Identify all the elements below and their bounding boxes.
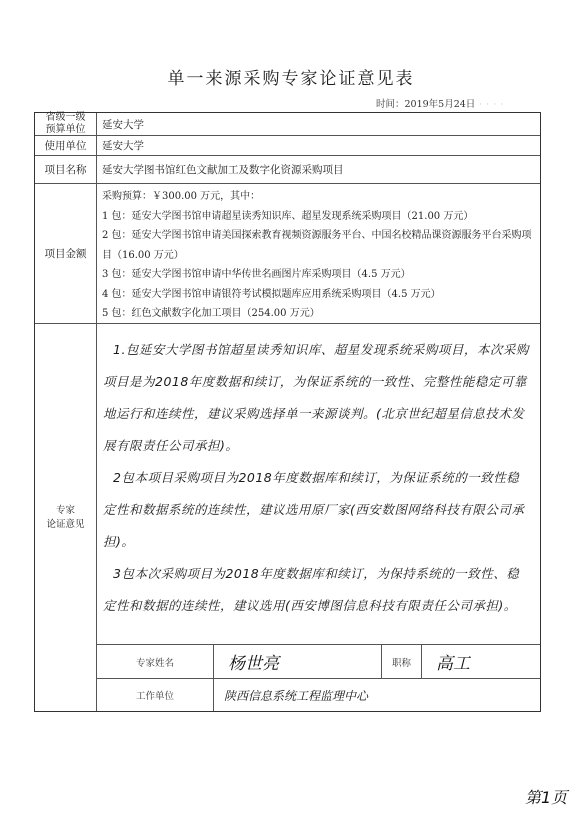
opinion-paragraph-1: 1.包延安大学图书馆超星读秀知识库、超星发现系统采购项目，本次采购项目是为201…	[103, 334, 532, 462]
opinion-paragraph-2: 2包本项目采购项目为2018年度数据库和续订，为保证系统的一致性稳定性和数据系统…	[103, 462, 532, 558]
row-project-amount: 项目金额 采购预算：￥300.00 万元，其中： 1 包：延安大学图书馆申请超星…	[35, 184, 540, 324]
value-using-unit: 延安大学	[97, 136, 540, 155]
label-work-unit: 工作单位	[97, 679, 214, 711]
value-budget-unit: 延安大学	[97, 113, 540, 135]
amount-package-1: 1 包：延安大学图书馆申请超星读秀知识库、超星发现系统采购项目（21.00 万元…	[102, 207, 534, 227]
label-using-unit: 使用单位	[35, 136, 97, 155]
amount-package-3: 3 包：延安大学图书馆申请中华传世名画图片库采购项目（4.5 万元）	[102, 265, 534, 285]
date-text: 时间：2019年5月24日	[376, 99, 475, 110]
row-using-unit: 使用单位 延安大学	[35, 136, 540, 156]
amount-package-2: 2 包：延安大学图书馆申请美国探索教育视频资源服务平台、中国名校精品课资源服务平…	[102, 226, 534, 265]
label-expert-name: 专家姓名	[97, 645, 214, 678]
date-line: 时间：2019年5月24日· · · ·	[376, 96, 504, 110]
expert-title-value: 高工	[422, 645, 540, 678]
expert-name-signature: 杨世亮	[214, 645, 382, 678]
row-project-name: 项目名称 延安大学图书馆红色文献加工及数字化资源采购项目	[35, 156, 540, 184]
amount-details: 采购预算：￥300.00 万元，其中： 1 包：延安大学图书馆申请超星读秀知识库…	[102, 187, 534, 324]
value-project-name: 延安大学图书馆红色文献加工及数字化资源采购项目	[97, 156, 540, 183]
amount-total: 采购预算：￥300.00 万元，其中：	[102, 187, 534, 207]
handwritten-opinion: 1.包延安大学图书馆超星读秀知识库、超星发现系统采购项目，本次采购项目是为201…	[103, 334, 532, 622]
work-unit-value: 陕西信息系统工程监理中心	[214, 679, 540, 711]
label-expert-opinion: 专家 论证意见	[35, 324, 97, 711]
amount-package-5: 5 包：红色文献数字化加工项目（254.00 万元）	[102, 304, 534, 324]
label-budget-unit: 省级一级 预算单位	[35, 113, 97, 135]
expert-unit-row: 工作单位 陕西信息系统工程监理中心	[97, 678, 540, 711]
date-trailing-marks: · · · ·	[479, 100, 504, 109]
opinion-paragraph-3: 3包本次采购项目为2018年度数据库和续订，为保持系统的一致性、稳定性和数据的连…	[103, 558, 532, 622]
label-project-name: 项目名称	[35, 156, 97, 183]
label-project-amount: 项目金额	[35, 184, 97, 323]
document-title: 单一来源采购专家论证意见表	[0, 64, 582, 89]
expert-name-row: 专家姓名 杨世亮 职称 高工	[97, 644, 540, 678]
page-number-handwritten: 第1页	[525, 785, 567, 808]
label-expert-title: 职称	[382, 645, 422, 678]
amount-package-4: 4 包：延安大学图书馆申请银符考试模拟题库应用系统采购项目（4.5 万元）	[102, 285, 534, 305]
opinion-form-table: 省级一级 预算单位 延安大学 使用单位 延安大学 项目名称 延安大学图书馆红色文…	[34, 112, 541, 712]
row-expert-opinion: 专家 论证意见 1.包延安大学图书馆超星读秀知识库、超星发现系统采购项目，本次采…	[35, 324, 540, 711]
row-budget-unit: 省级一级 预算单位 延安大学	[35, 113, 540, 136]
